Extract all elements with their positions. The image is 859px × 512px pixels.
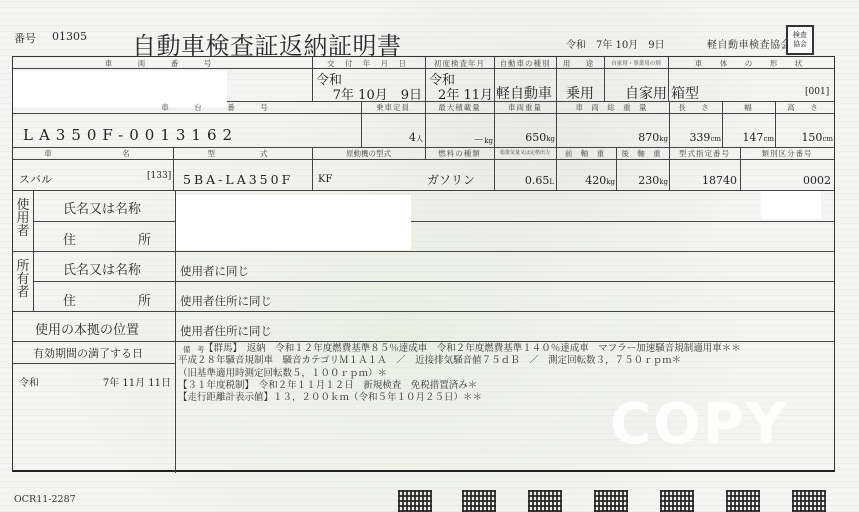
width-value: 147cm: [724, 131, 774, 144]
label-width: 幅: [722, 102, 775, 113]
qr-code-icon: [528, 490, 562, 512]
label-length: 長 さ: [669, 102, 722, 113]
user-name-label: 氏名又は名称: [63, 198, 141, 217]
label-engine-model: 原動機の型式: [312, 148, 425, 159]
issue-date: 令和 7年 10月 9日: [566, 36, 665, 51]
category-number-value: 0002: [742, 174, 831, 187]
qr-code-icon: [660, 490, 694, 512]
private-commercial-value: 自家用: [625, 83, 667, 103]
serial-number: 01305: [52, 30, 87, 43]
divider: [13, 113, 834, 114]
issue-date-value: 7年 10月 9日: [316, 84, 422, 103]
base-location-value: 使用者住所に同じ: [180, 323, 272, 339]
displacement-value: 0.65L: [496, 174, 554, 187]
divider: [33, 281, 834, 282]
owner-group-label: 所有者: [16, 260, 30, 299]
redacted-user-info: [176, 195, 411, 250]
label-gross-weight: 車 両 総 重 量: [556, 102, 669, 113]
model-value: 5BA-LA350F: [183, 172, 293, 187]
label-front-axle: 前 軸 重: [556, 148, 616, 159]
fuel-value: ガソリン: [427, 171, 475, 188]
user-group-label: 使用者: [16, 199, 30, 238]
qr-code-icon: [398, 490, 432, 512]
official-seal-icon: 検査協会: [786, 25, 814, 55]
expiry-era: 令和: [19, 374, 39, 389]
vehicle-name-code: [133]: [147, 171, 171, 181]
owner-name-value: 使用者に同じ: [180, 263, 249, 279]
divider: [33, 221, 834, 222]
owner-name-label: 氏名又は名称: [63, 259, 141, 278]
notes-line: 平成２８年騒音規制車 騒音カテゴリＭ１Ａ１Ａ ／ 近接排気騒音値７５ｄＢ ／ 測…: [178, 355, 741, 367]
divider: [13, 190, 834, 191]
base-location-label: 使用の本拠の位置: [35, 319, 139, 338]
label-fuel: 燃料の種類: [425, 148, 494, 159]
label-rear-axle: 後 軸 重: [616, 148, 669, 159]
divider: [494, 57, 495, 190]
label-model: 型 式: [173, 148, 312, 159]
label-vehicle-class: 自動車の種別: [494, 58, 556, 69]
body-shape-code: [001]: [805, 87, 829, 97]
redacted-user-info-right: [761, 191, 821, 219]
divider: [13, 159, 834, 160]
copy-watermark: COPY: [610, 392, 788, 457]
label-displacement: 総排気量又は定格出力: [494, 149, 556, 156]
divider: [13, 341, 834, 342]
qr-code-icon: [462, 490, 496, 512]
vehicle-name-value: スバル: [19, 171, 52, 187]
gross-weight-value: 870kg: [558, 131, 668, 144]
issuer-name: 軽自動車検査協会: [707, 36, 791, 51]
capacity-value: 4人: [363, 131, 423, 144]
type-designation-value: 18740: [671, 174, 737, 187]
divider: [13, 363, 175, 364]
rear-axle-value: 230kg: [618, 174, 668, 187]
user-address-label: 住 所: [63, 229, 163, 248]
label-type-designation: 型式指定番号: [669, 148, 740, 159]
front-axle-value: 420kg: [558, 174, 615, 187]
chassis-number-value: LA350F-0013162: [23, 126, 238, 144]
max-load-value: －kg: [427, 131, 493, 147]
label-registration-number: 車 両 番 号: [13, 58, 312, 69]
expiry-date: 7年 11月 11日: [53, 374, 171, 389]
qr-code-icon: [594, 490, 628, 512]
vehicle-weight-value: 650kg: [496, 131, 555, 144]
body-shape-value: 箱型: [671, 83, 699, 103]
label-body-shape: 車 体 の 形 状: [668, 58, 834, 69]
divider: [33, 190, 34, 311]
notes-line: （旧基準適用時測定回転数５，１００ｒｐｍ）＊: [178, 368, 741, 380]
label-vehicle-weight: 車両重量: [494, 102, 556, 113]
expiry-label: 有効期間の満了する日: [33, 345, 143, 361]
vehicle-class-value: 軽自動車: [496, 83, 552, 103]
divider: [556, 101, 557, 190]
label-vehicle-name: 車 名: [13, 148, 173, 159]
engine-model-value: KF: [318, 174, 332, 185]
label-height: 高 さ: [775, 102, 834, 113]
label-capacity: 乗車定員: [361, 102, 425, 113]
qr-code-icon: [792, 490, 826, 512]
label-first-inspection: 初度検査年月: [425, 58, 494, 69]
divider: [13, 251, 834, 252]
label-private-commercial: 自家用・事業用の別: [604, 59, 668, 67]
divider: [13, 311, 834, 312]
label-use: 用 途: [556, 58, 604, 69]
label-category-number: 類別区分番号: [740, 148, 834, 159]
height-value: 150cm: [777, 131, 833, 144]
first-inspection-value: 2年 11月: [427, 84, 493, 103]
qr-code-icon: [726, 490, 760, 512]
owner-address-label: 住 所: [63, 290, 163, 309]
notes-line: 【３１年度税制】 令和２年１１月１２日 新規検査 免税措置済み＊: [178, 380, 741, 392]
notes-line: 【群馬】 返納 令和１２年度燃費基準８５％達成車 令和２年度燃費基準１４０％達成…: [178, 343, 741, 355]
serial-label: 番号: [14, 30, 36, 46]
label-issue-date: 交 付 年 月 日: [312, 58, 425, 69]
owner-address-value: 使用者住所に同じ: [180, 293, 272, 309]
ocr-code: OCR11-2287: [14, 494, 76, 505]
use-value: 乗用: [566, 83, 594, 103]
label-max-load: 最大積載量: [425, 102, 494, 113]
length-value: 339cm: [671, 131, 721, 144]
